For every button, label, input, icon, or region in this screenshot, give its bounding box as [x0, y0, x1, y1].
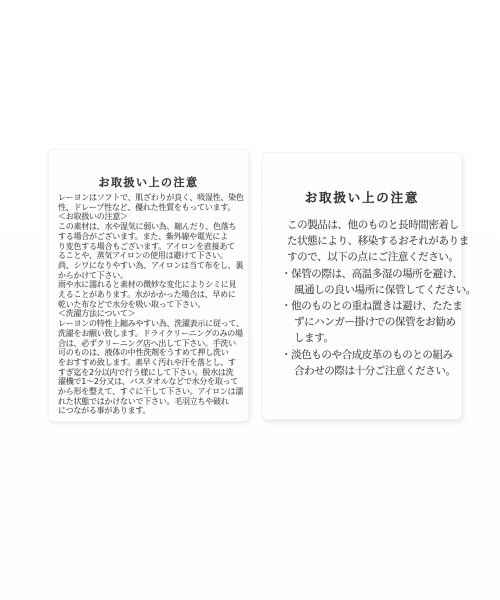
care-label-section-heading: ＜洗濯方法について＞	[58, 309, 242, 319]
care-label-line: から形を整えて、すぐに干して下さい。アイロンは濡	[58, 387, 242, 397]
care-label-bullet-line: ・保管の際は、高温多湿の場所を避け、	[281, 266, 461, 282]
care-label-line: します。	[294, 330, 461, 346]
care-label-line: 濯機で1～2分又は、バスタオルなどで水分を取って	[58, 377, 242, 387]
care-label-line: り変色する場合もございます。アイロンを直接あて	[58, 242, 242, 252]
care-label-line: ずにハンガー掛けでの保管をお勧め	[294, 314, 461, 330]
care-label-storage-title: お取扱い上の注意	[263, 188, 461, 206]
care-label-line: れた状態ではかけないで下さい。毛羽立ちや破れ	[58, 397, 242, 407]
care-label-line: えることがあります。水がかかった場合は、早めに	[58, 290, 242, 300]
care-label-line: からかけて下さい。	[58, 271, 242, 281]
care-label-line: 尚、シワになりやすい為、アイロンは当て布をし、裏	[58, 261, 242, 271]
care-label-line: レーヨンの特性上縮みやすい為、洗濯表示に従って、	[58, 319, 242, 329]
care-label-bullet-line: ・他のものとの重ね置きは避け、たたま	[281, 298, 461, 314]
care-label-line: すぎ迄を2分以内で行う様にして下さい。脱水は洗	[58, 368, 242, 378]
care-label-line: 風通しの良い場所に保管してください。	[294, 282, 461, 298]
care-label-storage: お取扱い上の注意 この製品は、他のものと長時間密着し た状態により、移染するおそ…	[262, 152, 462, 420]
care-label-line: 雨や水に濡れると素材の微妙な変化によりシミに見	[58, 280, 242, 290]
care-label-rayon: お取扱い上の注意 レーヨンはソフトで、肌ざわりが良く、吸湿性、染色 性、ドレープ…	[48, 149, 249, 422]
care-label-line: 合わせの際は十分ご注意ください。	[294, 363, 461, 379]
care-label-line: 可のものは、液体の中性洗剤をうすめて押し洗い	[58, 348, 242, 358]
care-label-line: この素材は、水や湿気に弱い為、縮んだり、色落ち	[58, 222, 242, 232]
care-label-section-heading: ＜お取扱いの注意＞	[58, 212, 242, 222]
care-label-line: 合は、必ずクリーニング店へ出して下さい。手洗い	[58, 339, 242, 349]
care-label-line: につながる事があります。	[58, 406, 242, 416]
scan-background: お取扱い上の注意 レーヨンはソフトで、肌ざわりが良く、吸湿性、染色 性、ドレープ…	[0, 0, 500, 600]
care-label-line: する場合がございます。また、紫外線や電光によ	[58, 232, 242, 242]
care-label-line: た状態により、移染するおそれがありま	[287, 233, 461, 249]
care-label-line: 乾いた布などで水分を吸い取って下さい。	[58, 300, 242, 310]
care-label-line: すので、以下の点にご注意ください。	[287, 249, 461, 265]
care-label-line: 洗濯をお願い致します。ドライクリーニングのみの場	[58, 329, 242, 339]
care-label-rayon-title: お取扱い上の注意	[49, 174, 248, 190]
care-label-line: をおすすめ致します。素早く汚れや汗を落とし、す	[58, 358, 242, 368]
care-label-line: この製品は、他のものと長時間密着し	[287, 217, 461, 233]
care-label-rayon-body: レーヨンはソフトで、肌ざわりが良く、吸湿性、染色 性、ドレープ性など、優れた性質…	[49, 193, 248, 416]
care-label-storage-body: この製品は、他のものと長時間密着し た状態により、移染するおそれがありま すので…	[263, 217, 461, 379]
care-label-line: 性、ドレープ性など、優れた性質をもっています。	[58, 203, 242, 213]
care-label-line: ることや、蒸気アイロンの使用は避けて下さい。	[58, 251, 242, 261]
care-label-bullet-line: ・淡色ものや合成皮革のものとの組み	[281, 347, 461, 363]
care-label-line: レーヨンはソフトで、肌ざわりが良く、吸湿性、染色	[58, 193, 242, 203]
